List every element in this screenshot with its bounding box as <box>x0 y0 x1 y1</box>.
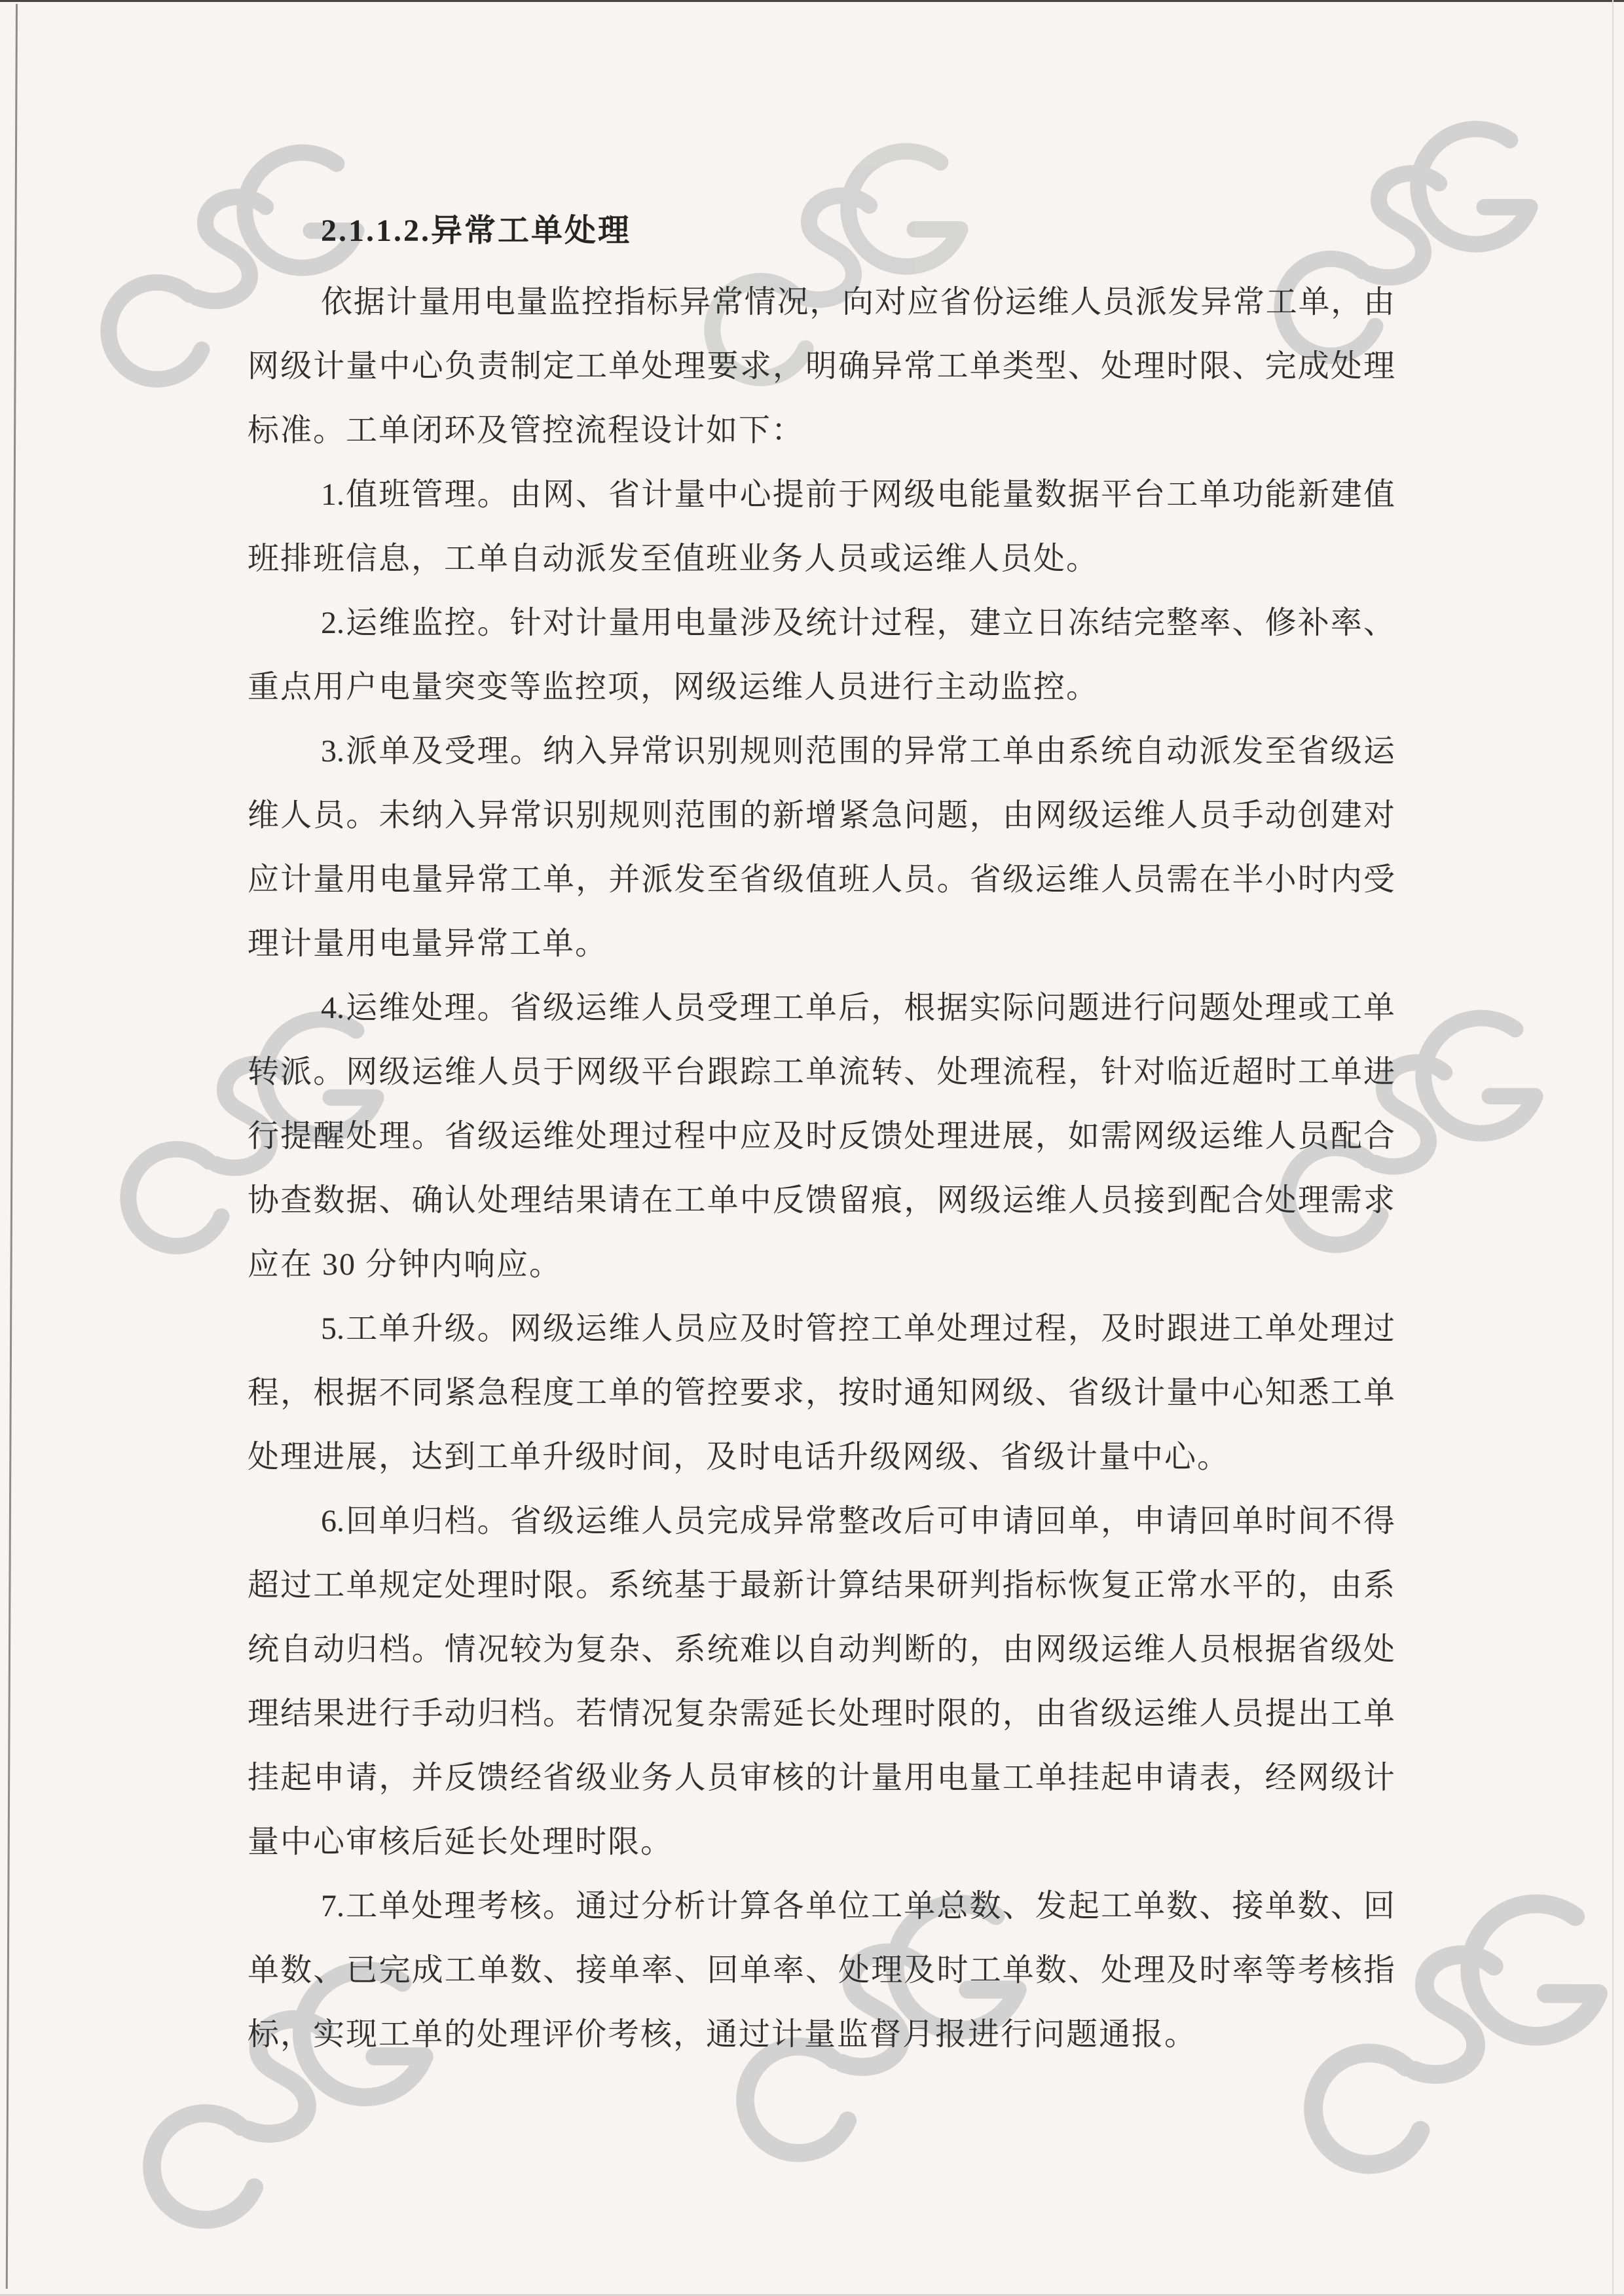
text-line: 重点用户电量突变等监控项，网级运维人员进行主动监控。 <box>248 655 1395 720</box>
text-line: 5.工单升级。网级运维人员应及时管控工单处理过程，及时跟进工单处理过 <box>248 1297 1395 1361</box>
text-line: 超过工单规定处理时限。系统基于最新计算结果研判指标恢复正常水平的，由系 <box>248 1554 1395 1618</box>
text-line: 单数、已完成工单数、接单率、回单率、处理及时工单数、处理及时率等考核指 <box>248 1939 1395 2003</box>
text-line: 应计量用电量异常工单，并派发至省级值班人员。省级运维人员需在半小时内受 <box>248 848 1395 912</box>
text-line: 2.运维监控。针对计量用电量涉及统计过程，建立日冻结完整率、修补率、 <box>248 591 1395 655</box>
text-line: 网级计量中心负责制定工单处理要求，明确异常工单类型、处理时限、完成处理 <box>248 335 1395 399</box>
text-line: 行提醒处理。省级运维处理过程中应及时反馈处理进展，如需网级运维人员配合 <box>248 1104 1395 1169</box>
section-heading: 2.1.1.2.异常工单处理 <box>248 211 1395 251</box>
text-line: 标，实现工单的处理评价考核，通过计量监督月报进行问题通报。 <box>248 2003 1395 2067</box>
text-line: 理结果进行手动归档。若情况复杂需延长处理时限的，由省级运维人员提出工单 <box>248 1682 1395 1746</box>
text-line: 协查数据、确认处理结果请在工单中反馈留痕，网级运维人员接到配合处理需求 <box>248 1169 1395 1233</box>
page-edge-line <box>6 4 18 2289</box>
text-line: 维人员。未纳入异常识别规则范围的新增紧急问题，由网级运维人员手动创建对 <box>248 784 1395 848</box>
text-line: 量中心审核后延长处理时限。 <box>248 1810 1395 1874</box>
text-line: 1.值班管理。由网、省计量中心提前于网级电能量数据平台工单功能新建值 <box>248 463 1395 527</box>
text-line: 处理进展，达到工单升级时间，及时电话升级网级、省级计量中心。 <box>248 1425 1395 1489</box>
page-edge-line <box>1612 0 1614 2296</box>
page-content: 2.1.1.2.异常工单处理 依据计量用电量监控指标异常情况，向对应省份运维人员… <box>248 211 1395 2067</box>
page-edge-line <box>0 0 1624 2</box>
body-text: 依据计量用电量监控指标异常情况，向对应省份运维人员派发异常工单，由网级计量中心负… <box>248 270 1395 2067</box>
text-line: 4.运维处理。省级运维人员受理工单后，根据实际问题进行问题处理或工单 <box>248 976 1395 1040</box>
text-line: 程，根据不同紧急程度工单的管控要求，按时通知网级、省级计量中心知悉工单 <box>248 1361 1395 1425</box>
text-line: 统自动归档。情况较为复杂、系统难以自动判断的，由网级运维人员根据省级处 <box>248 1618 1395 1682</box>
text-line: 6.回单归档。省级运维人员完成异常整改后可申请回单，申请回单时间不得 <box>248 1489 1395 1554</box>
text-line: 挂起申请，并反馈经省级业务人员审核的计量用电量工单挂起申请表，经网级计 <box>248 1746 1395 1810</box>
text-line: 依据计量用电量监控指标异常情况，向对应省份运维人员派发异常工单，由 <box>248 270 1395 335</box>
text-line: 转派。网级运维人员于网级平台跟踪工单流转、处理流程，针对临近超时工单进 <box>248 1040 1395 1104</box>
document-page: 2.1.1.2.异常工单处理 依据计量用电量监控指标异常情况，向对应省份运维人员… <box>0 0 1624 2296</box>
text-line: 标准。工单闭环及管控流程设计如下： <box>248 399 1395 463</box>
text-line: 3.派单及受理。纳入异常识别规则范围的异常工单由系统自动派发至省级运 <box>248 720 1395 784</box>
text-line: 理计量用电量异常工单。 <box>248 912 1395 976</box>
text-line: 班排班信息，工单自动派发至值班业务人员或运维人员处。 <box>248 527 1395 591</box>
text-line: 应在 30 分钟内响应。 <box>248 1233 1395 1297</box>
text-line: 7.工单处理考核。通过分析计算各单位工单总数、发起工单数、接单数、回 <box>248 1874 1395 1939</box>
